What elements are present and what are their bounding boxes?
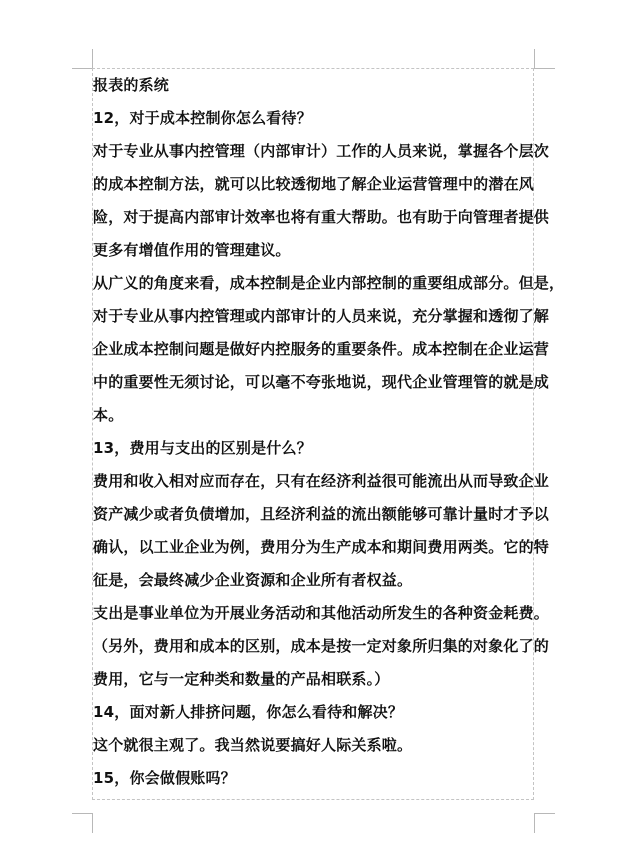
text-line: 本。 bbox=[93, 402, 535, 435]
text-line: 更多有增值作用的管理建议。 bbox=[93, 237, 535, 270]
text-line: 确认，以工业企业为例，费用分为生产成本和期间费用两类。它的特 bbox=[93, 534, 534, 567]
text-line: 支出是事业单位为开展业务活动和其他活动所发生的各种资金耗费。 bbox=[93, 600, 534, 633]
text-line: 险，对于提高内部审计效率也将有重大帮助。也有助于向管理者提供 bbox=[93, 204, 534, 237]
corner-mark-top-left-vertical bbox=[92, 49, 93, 69]
document-body[interactable]: 报表的系统 12，对于成本控制你怎么看待？ 对于专业从事内控管理（内部审计）工作… bbox=[93, 72, 535, 798]
text-line: 征是，会最终减少企业资源和企业所有者权益。 bbox=[93, 567, 535, 600]
corner-mark-bottom-right-vertical bbox=[534, 813, 535, 833]
corner-mark-bottom-left-horizontal bbox=[72, 813, 93, 814]
corner-mark-top-right-horizontal bbox=[534, 68, 555, 69]
document-page: 报表的系统 12，对于成本控制你怎么看待？ 对于专业从事内控管理（内部审计）工作… bbox=[0, 0, 623, 864]
question-heading: 14，面对新人排挤问题，你怎么看待和解决？ bbox=[93, 699, 535, 732]
corner-mark-top-right-vertical bbox=[534, 49, 535, 69]
corner-mark-bottom-left-vertical bbox=[92, 813, 93, 833]
corner-mark-bottom-right-horizontal bbox=[534, 813, 555, 814]
question-heading: 12，对于成本控制你怎么看待？ bbox=[93, 105, 535, 138]
question-heading: 15，你会做假账吗？ bbox=[93, 765, 535, 798]
text-line: 中的重要性无须讨论，可以毫不夸张地说，现代企业管理管的就是成 bbox=[93, 369, 534, 402]
text-line: 的成本控制方法，就可以比较透彻地了解企业运营管理中的潜在风 bbox=[93, 171, 534, 204]
text-line: （另外，费用和成本的区别，成本是按一定对象所归集的对象化了的 bbox=[93, 633, 534, 666]
corner-mark-top-left-horizontal bbox=[72, 68, 93, 69]
text-line: 费用和收入相对应而存在，只有在经济利益很可能流出从而导致企业 bbox=[93, 468, 534, 501]
question-heading: 13，费用与支出的区别是什么？ bbox=[93, 435, 535, 468]
text-line: 从广义的角度来看，成本控制是企业内部控制的重要组成部分。但是， bbox=[93, 270, 534, 303]
text-line: 报表的系统 bbox=[93, 72, 535, 105]
text-line: 资产减少或者负债增加，且经济利益的流出额能够可靠计量时才予以 bbox=[93, 501, 534, 534]
text-line: 这个就很主观了。我当然说要搞好人际关系啦。 bbox=[93, 732, 535, 765]
text-line: 费用，它与一定种类和数量的产品相联系。） bbox=[93, 666, 535, 699]
text-line: 企业成本控制问题是做好内控服务的重要条件。成本控制在企业运营 bbox=[93, 336, 534, 369]
text-line: 对于专业从事内控管理（内部审计）工作的人员来说，掌握各个层次 bbox=[93, 138, 534, 171]
text-line: 对于专业从事内控管理或内部审计的人员来说，充分掌握和透彻了解 bbox=[93, 303, 534, 336]
